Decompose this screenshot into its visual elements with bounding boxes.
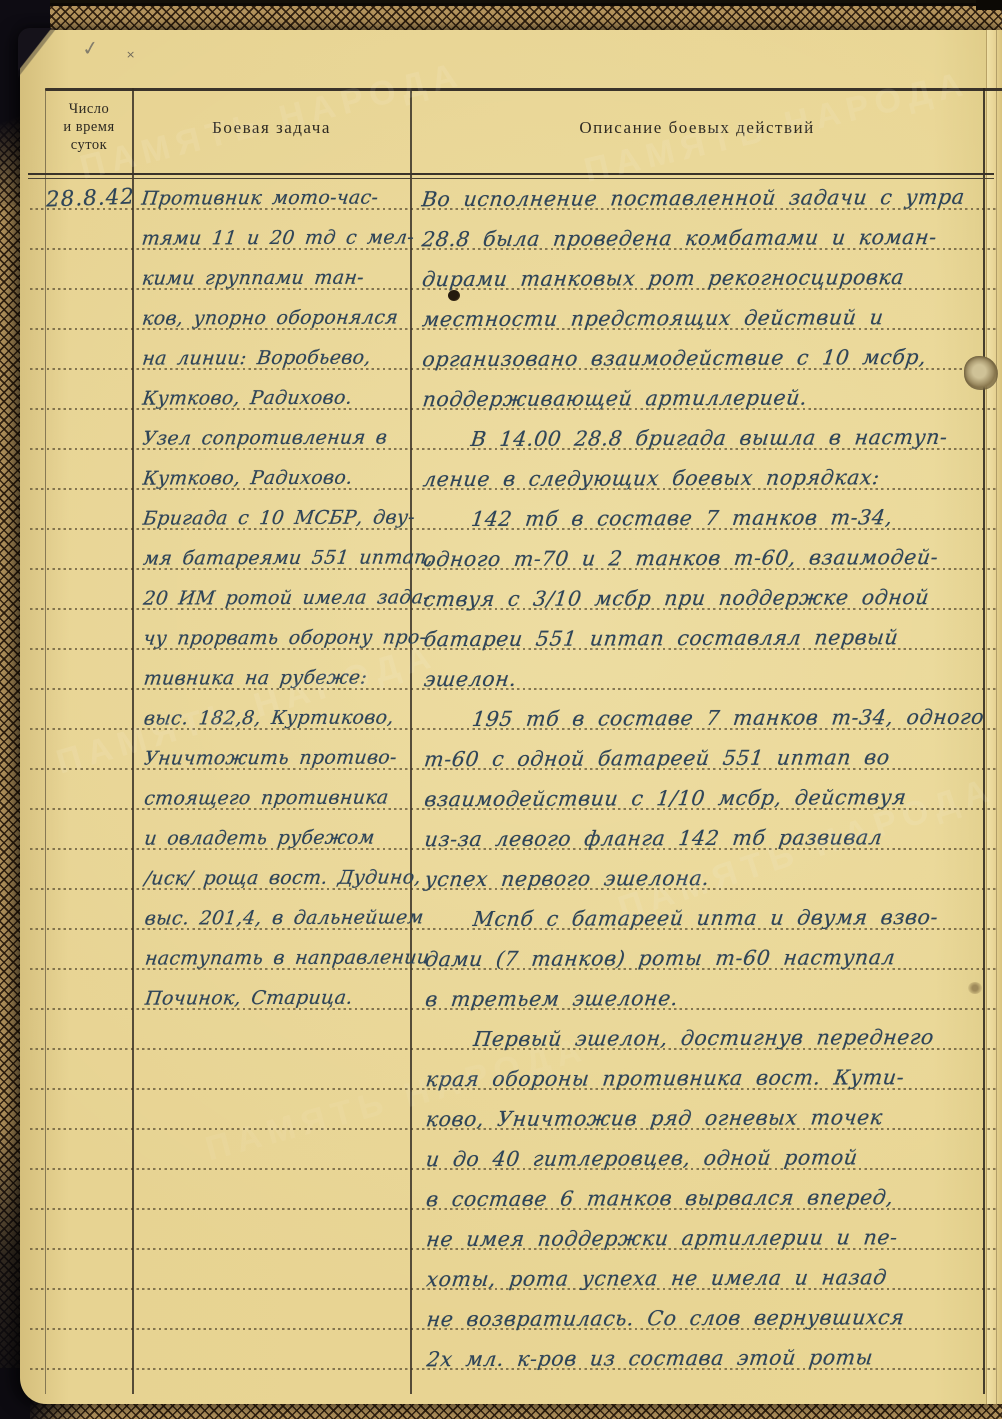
page-edge-line [996, 30, 997, 1404]
handwritten-line: в третьем эшелоне. [423, 977, 994, 1019]
entry-date: 28.8.42 [45, 178, 134, 221]
handwritten-line: Мспб с батареей ипта и двумя взво- [423, 897, 994, 939]
handwritten-line: хоты, рота успеха не имела и назад [424, 1257, 995, 1299]
description-lines: Во исполнение поставленной задачи с утра… [419, 177, 990, 1379]
header-line: суток [45, 136, 133, 154]
col-date-time-header: Числои времясуток [45, 100, 133, 154]
handwritten-line: 142 тб в составе 7 танков т-34, [421, 497, 992, 539]
table-col-divider-1 [132, 88, 134, 1394]
pencil-x-mark-icon: × [126, 48, 135, 61]
handwritten-line: на линии: Воробьево, [140, 337, 413, 378]
handwritten-line: Бригада с 10 МСБР, дву- [141, 497, 414, 538]
table-left-border [45, 88, 46, 1394]
header-line: Число [45, 100, 133, 118]
handwritten-line: тями 11 и 20 тд с мел- [140, 217, 413, 258]
handwritten-line: Уничтожить противо- [142, 737, 415, 778]
handwritten-line: Противник мото-час- [139, 177, 412, 218]
handwritten-line: чу прорвать оборону про- [141, 617, 414, 658]
handwritten-line: ствуя с 3/10 мсбр при поддержке одной [421, 577, 992, 619]
handwritten-line: и овладеть рубежом [142, 817, 415, 858]
handwritten-line: батареи 551 иптап составлял первый [421, 617, 992, 659]
handwritten-line: организовано взаимодействие с 10 мсбр, [420, 337, 991, 379]
handwritten-line: Починок, Старица. [143, 977, 416, 1018]
handwritten-line: 195 тб в составе 7 танков т-34, одного [422, 697, 993, 739]
scanned-journal-photo: { "table": { "col1_header_lines": ["Числ… [0, 0, 1002, 1419]
handwritten-line: дами (7 танков) роты т-60 наступал [423, 937, 994, 979]
handwritten-line: и до 40 гитлеровцев, одной ротой [424, 1137, 995, 1179]
handwritten-line: из-за левого фланга 142 тб развивал [422, 817, 993, 859]
handwritten-line: выс. 201,4, в дальнейшем [142, 897, 415, 938]
handwritten-line: 2х мл. к-ров из состава этой роты [425, 1337, 996, 1379]
handwritten-line: наступать в направлении [143, 937, 416, 978]
paper-damage-patch [964, 356, 998, 390]
paper-spot [968, 982, 982, 994]
handwritten-line: Кутково, Радихово. [141, 457, 414, 498]
handwritten-line: не имея поддержки артиллерии и пе- [424, 1217, 995, 1259]
handwritten-line: успех первого эшелона. [423, 857, 994, 899]
handwritten-line: мя батареями 551 иптап, [141, 537, 414, 578]
handwritten-line: края обороны противника вост. Кути- [423, 1057, 994, 1099]
handwritten-line: Кутково, Радихово. [140, 377, 413, 418]
handwritten-line: Первый эшелон, достигнув переднего [423, 1017, 994, 1059]
col-combat-task-header: Боевая задача [133, 118, 410, 138]
handwritten-line: Во исполнение поставленной задачи с утра [420, 177, 991, 219]
handwritten-line: ков, упорно оборонялся [140, 297, 413, 338]
handwritten-line: не возвратилась. Со слов вернувшихся [424, 1297, 995, 1339]
combat-task-lines: Противник мото-час-тями 11 и 20 тд с мел… [139, 177, 411, 1018]
journal-page: Числои времясуток Боевая задача Описание… [20, 30, 1002, 1404]
handwritten-line: стоящего противника [142, 777, 415, 818]
handwritten-line: одного т-70 и 2 танков т-60, взаимодей- [421, 537, 992, 579]
handwritten-line: /иск/ роща вост. Дудино, [142, 857, 415, 898]
handwritten-line: дирами танковых рот рекогносцировка [420, 257, 991, 299]
handwritten-line: кими группами тан- [140, 257, 413, 298]
header-line: и время [45, 118, 133, 136]
handwritten-line: выс. 182,8, Куртиково, [142, 697, 415, 738]
header-separator-line-thick [28, 173, 994, 175]
handwritten-line: 20 ИМ ротой имела зада- [141, 577, 414, 618]
handwritten-line: взаимодействии с 1/10 мсбр, действуя [422, 777, 993, 819]
handwritten-line: тивника на рубеже: [141, 657, 414, 698]
handwritten-line: 28.8 была проведена комбатами и коман- [420, 217, 991, 259]
handwritten-line: эшелон. [422, 657, 993, 699]
handwritten-line: Узел сопротивления в [140, 417, 413, 458]
handwritten-line: ление в следующих боевых порядках: [421, 457, 992, 499]
col-description-header: Описание боевых действий [410, 118, 984, 138]
handwritten-line: ково, Уничтожив ряд огневых точек [424, 1097, 995, 1139]
handwritten-line: поддерживающей артиллерией. [420, 377, 991, 419]
handwritten-line: В 14.00 28.8 бригада вышла в наступ- [421, 417, 992, 459]
ink-blot [448, 290, 460, 301]
table-top-border [45, 88, 1002, 91]
pencil-checkmark-icon: ✓ [80, 35, 100, 61]
handwritten-line: в составе 6 танков вырвался вперед, [424, 1177, 995, 1219]
handwritten-line: т-60 с одной батареей 551 иптап во [422, 737, 993, 779]
handwritten-line: местности предстоящих действий и [420, 297, 991, 339]
